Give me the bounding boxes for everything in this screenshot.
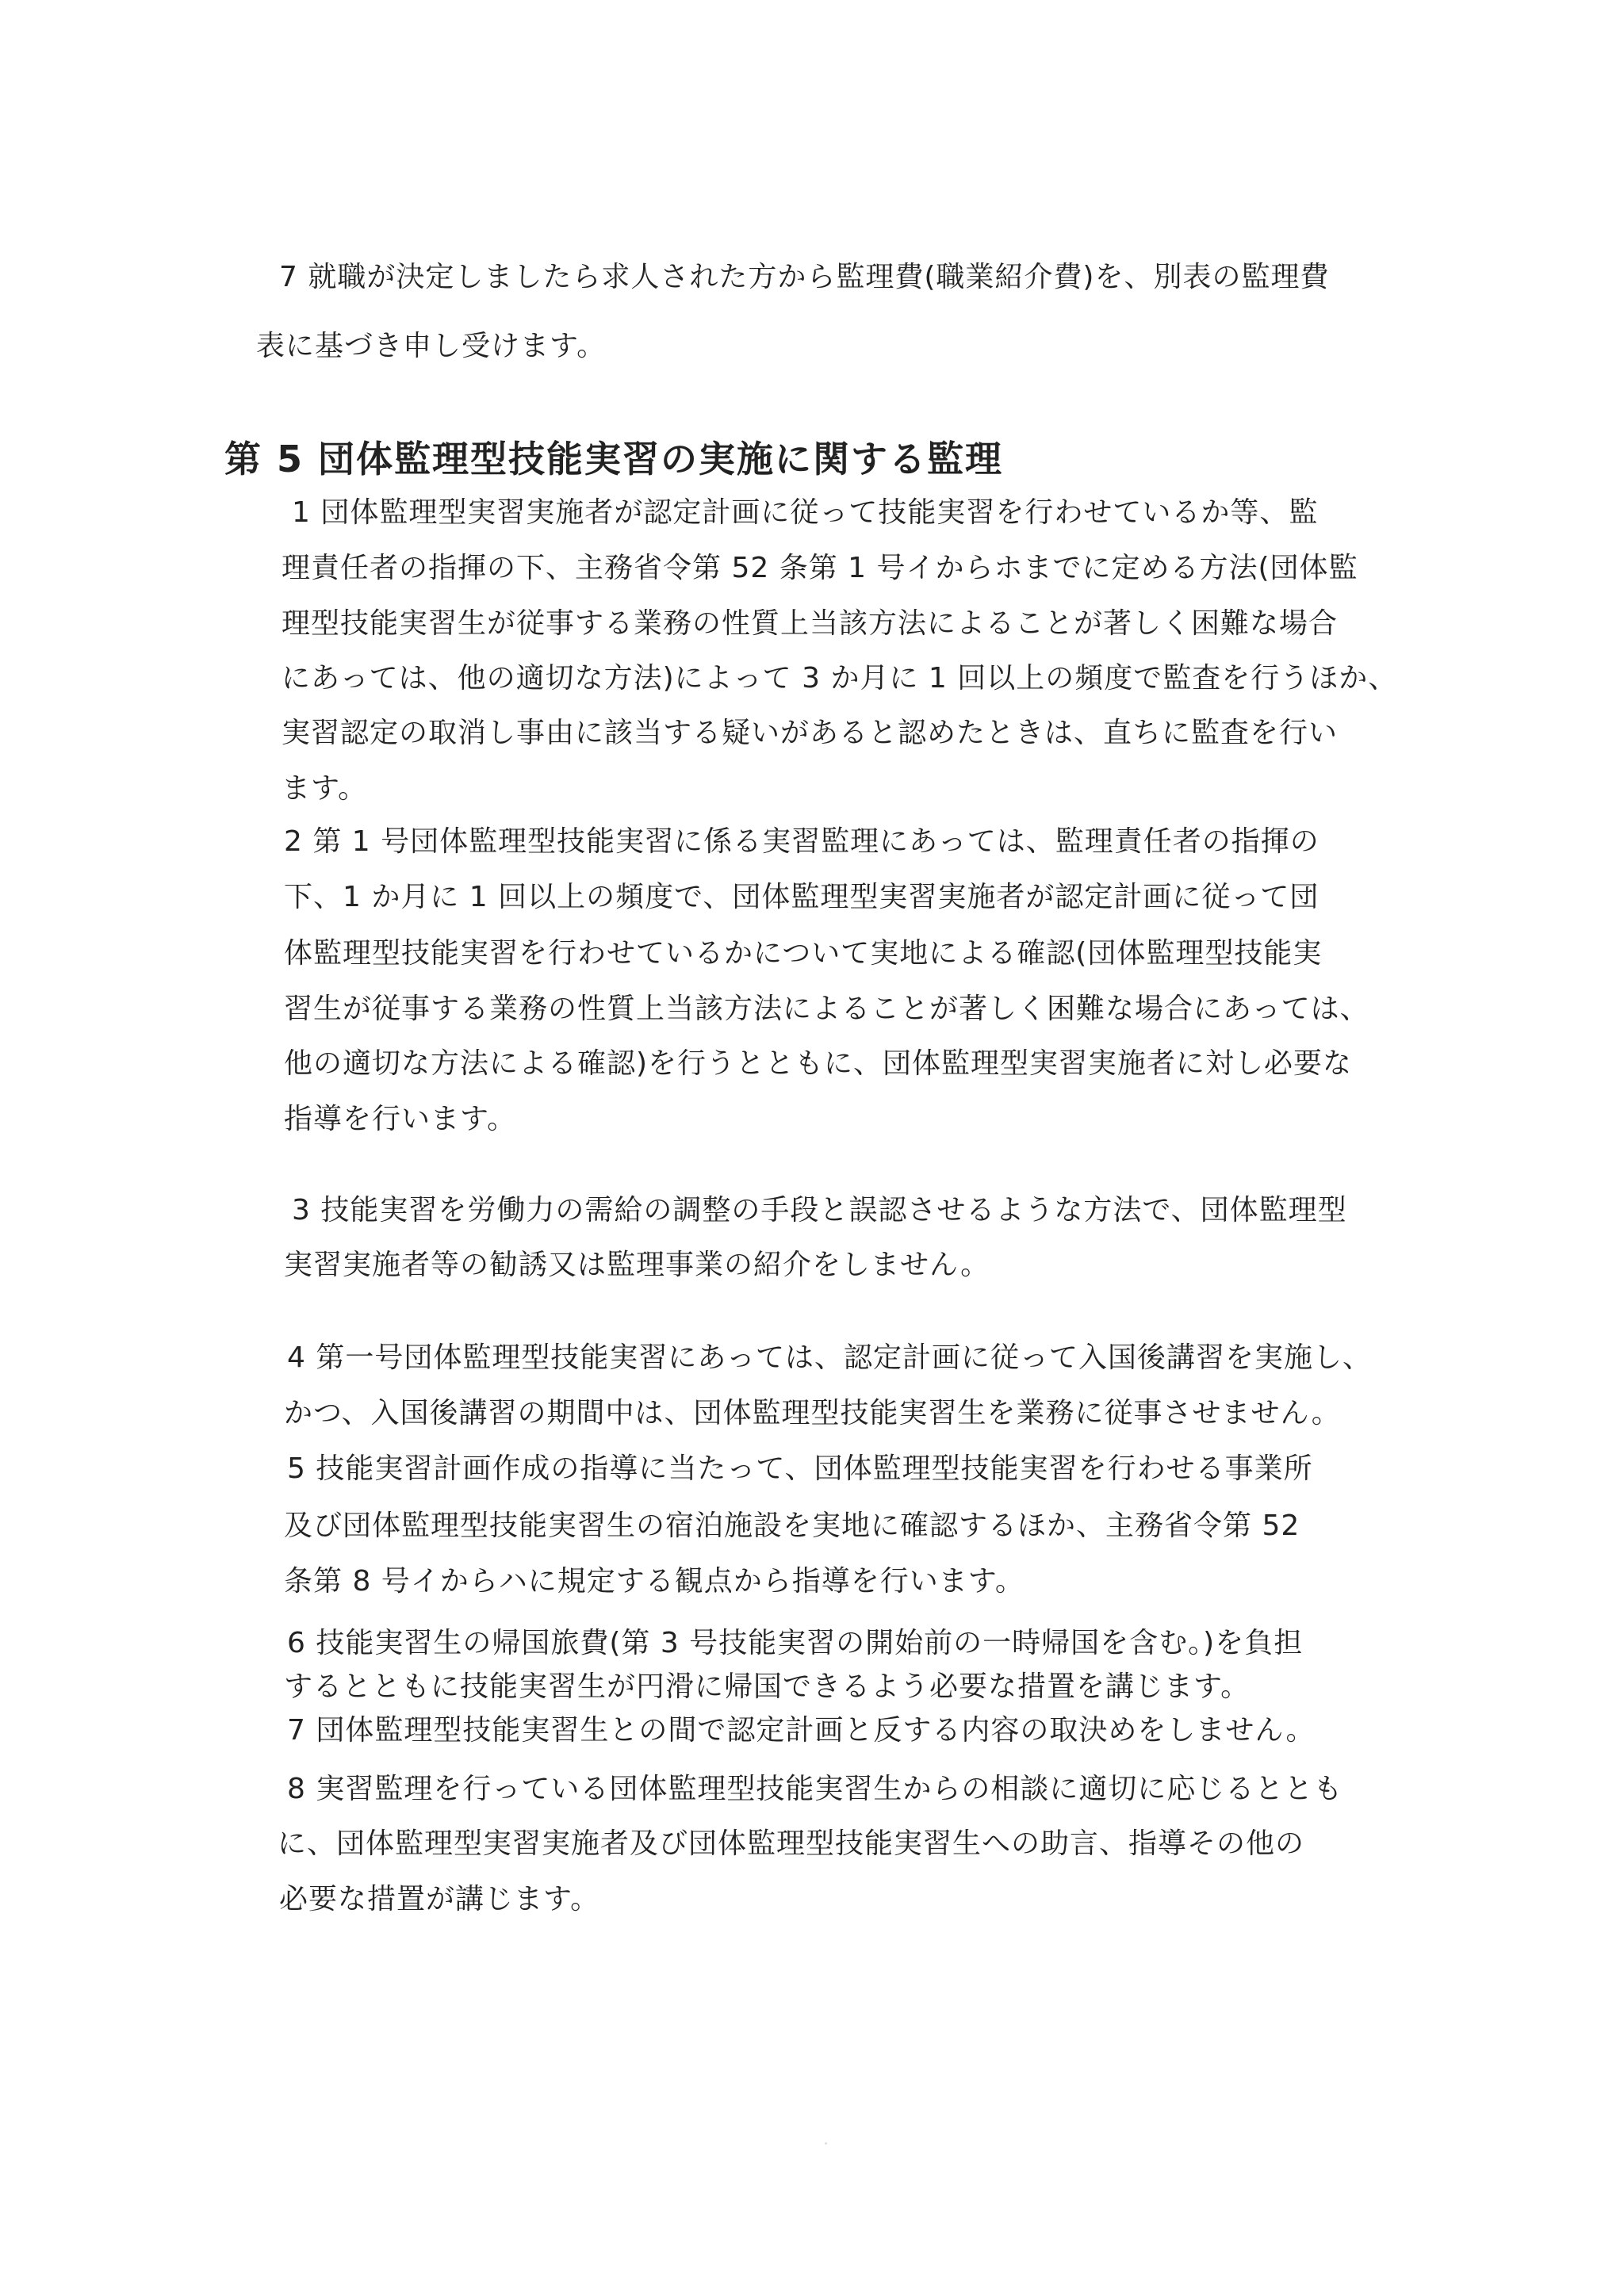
text-line: 他の適切な方法による確認)を行うとともに、団体監理型実習実施者に対し必要な [284, 1048, 1352, 1080]
text-line: 5 技能実習計画作成の指導に当たって、団体監理型技能実習を行わせる事業所 [287, 1453, 1313, 1485]
text-line: ます。 [282, 773, 367, 805]
text-line: に、団体監理型実習実施者及び団体監理型技能実習生への助言、指導その他の [278, 1828, 1304, 1860]
text-line: 体監理型技能実習を行わせているかについて実地による確認(団体監理型技能実 [284, 938, 1322, 970]
text-line: するとともに技能実習生が円滑に帰国できるよう必要な措置を講じます。 [284, 1671, 1250, 1703]
text-line: 下、1 か月に 1 回以上の頻度で、団体監理型実習実施者が認定計画に従って団 [284, 882, 1319, 913]
text-line: かつ、入国後講習の期間中は、団体監理型技能実習生を業務に従事させません。 [284, 1398, 1341, 1429]
text-line: 理責任者の指揮の下、主務省令第 52 条第 1 号イからホまでに定める方法(団体… [282, 553, 1358, 584]
text-line: 実習認定の取消し事由に該当する疑いがあると認めたときは、直ちに監査を行い [282, 717, 1338, 749]
text-line: 2 第 1 号団体監理型技能実習に係る実習監理にあっては、監理責任者の指揮の [284, 826, 1319, 858]
text-line: 8 実習監理を行っている団体監理型技能実習生からの相談に適切に応じるととも [287, 1774, 1342, 1805]
text-line: 7 団体監理型技能実習生との間で認定計画と反する内容の取決めをしません。 [287, 1715, 1316, 1747]
text-line: 6 技能実習生の帰国旅費(第 3 号技能実習の開始前の一時帰国を含む。)を負担 [287, 1628, 1303, 1659]
document-page: 7 就職が決定しましたら求人された方から監理費(職業紹介費)を、別表の監理費 表… [0, 0, 1624, 2296]
text-line: 1 団体監理型実習実施者が認定計画に従って技能実習を行わせているか等、監 [292, 497, 1318, 529]
text-line: 実習実施者等の勧誘又は監理事業の紹介をしません。 [284, 1249, 990, 1281]
text-line: 指導を行います。 [284, 1104, 516, 1135]
text-line: にあっては、他の適切な方法)によって 3 か月に 1 回以上の頻度で監査を行うほ… [282, 663, 1397, 695]
text-line: 習生が従事する業務の性質上当該方法によることが著しく困難な場合にあっては、 [284, 993, 1369, 1025]
text-line: 3 技能実習を労働力の需給の調整の手段と誤認させるような方法で、団体監理型 [292, 1195, 1347, 1226]
text-line: 表に基づき申し受けます。 [256, 331, 606, 362]
text-line: 4 第一号団体監理型技能実習にあっては、認定計画に従って入国後講習を実施し、 [287, 1342, 1372, 1374]
text-line: 必要な措置が講じます。 [279, 1884, 599, 1915]
text-line: 条第 8 号イからハに規定する観点から指導を行います。 [284, 1566, 1025, 1598]
text-line: 及び団体監理型技能実習生の宿泊施設を実地に確認するほか、主務省令第 52 [284, 1510, 1300, 1542]
scan-speck [825, 2142, 827, 2145]
text-line: 理型技能実習生が従事する業務の性質上当該方法によることが著しく困難な場合 [282, 608, 1338, 640]
section-heading: 第 5 団体監理型技能実習の実施に関する監理 [224, 438, 1003, 480]
text-line: 7 就職が決定しましたら求人された方から監理費(職業紹介費)を、別表の監理費 [279, 262, 1329, 293]
